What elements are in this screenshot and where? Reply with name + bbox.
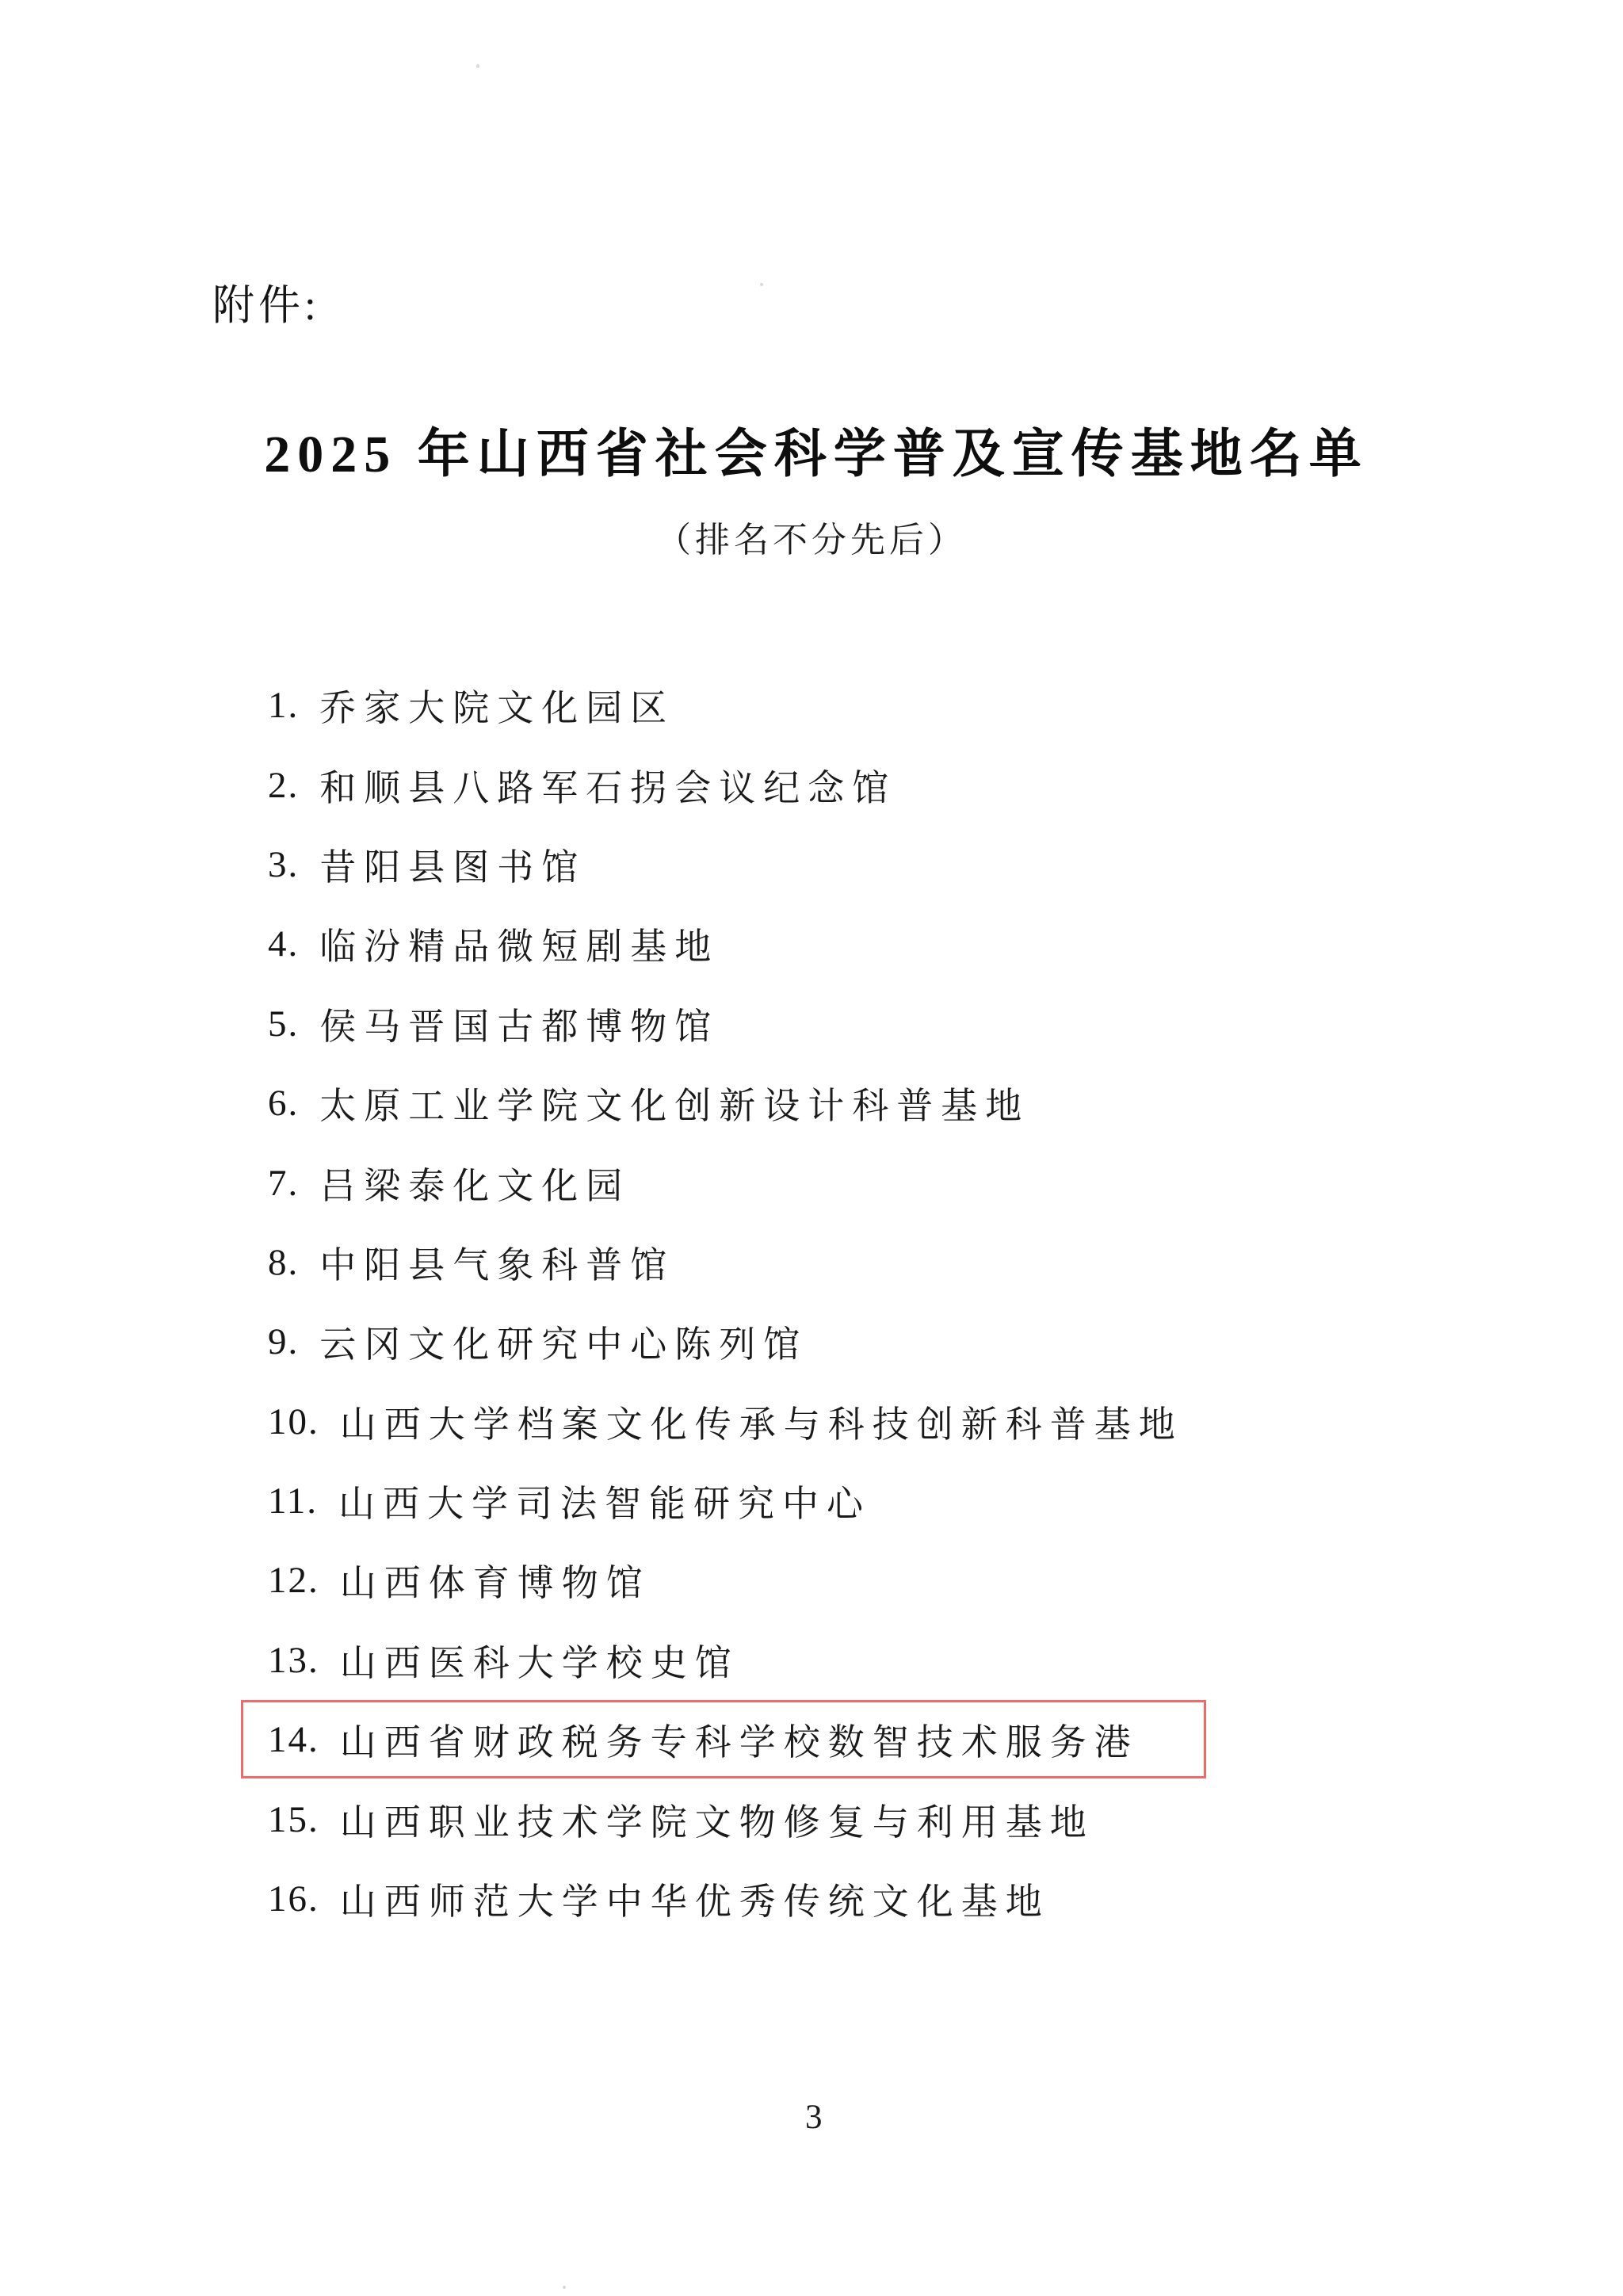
list-item: 5. 侯马晋国古都博物馆 bbox=[268, 984, 1575, 1064]
list-item-number: 8. bbox=[268, 1241, 299, 1284]
list-item: 1. 乔家大院文化园区 bbox=[268, 666, 1575, 745]
list-item-name: 山西大学司法智能研究中心 bbox=[338, 1475, 871, 1527]
list-item-name: 山西医科大学校史馆 bbox=[340, 1634, 739, 1687]
scan-speck bbox=[476, 64, 479, 68]
list-item-name: 乔家大院文化园区 bbox=[319, 679, 674, 732]
list-item-name: 山西省财政税务专科学校数智技术服务港 bbox=[340, 1713, 1139, 1766]
attachment-label: 附件: bbox=[212, 282, 320, 330]
list-item: 6. 太原工业学院文化创新设计科普基地 bbox=[268, 1064, 1575, 1143]
list-item-number: 14. bbox=[268, 1718, 319, 1761]
list-item-number: 12. bbox=[268, 1559, 319, 1602]
list-item: 9. 云冈文化研究中心陈列馆 bbox=[268, 1302, 1575, 1381]
list-item-number: 7. bbox=[268, 1162, 299, 1205]
list-item-number: 9. bbox=[268, 1320, 299, 1363]
list-item-number: 4. bbox=[268, 923, 299, 965]
scan-speck bbox=[760, 283, 763, 286]
list-item: 13. 山西医科大学校史馆 bbox=[268, 1621, 1575, 1700]
document-page: 附件: 2025 年山西省社会科学普及宣传基地名单 （排名不分先后） 1. 乔家… bbox=[0, 0, 1623, 2296]
list-item: 7. 吕梁泰化文化园 bbox=[268, 1143, 1575, 1222]
list-item-number: 15. bbox=[268, 1798, 319, 1841]
scan-speck bbox=[563, 2286, 566, 2289]
list-item-name: 山西职业技术学院文物修复与利用基地 bbox=[340, 1794, 1094, 1846]
list-item-name: 侯马晋国古都博物馆 bbox=[319, 998, 719, 1050]
list-item-number: 11. bbox=[268, 1480, 318, 1522]
list-item: 16. 山西师范大学中华优秀传统文化基地 bbox=[268, 1859, 1575, 1939]
list-item: 12. 山西体育博物馆 bbox=[268, 1541, 1575, 1620]
page-subtitle: （排名不分先后） bbox=[0, 518, 1623, 563]
list-item: 15. 山西职业技术学院文物修复与利用基地 bbox=[268, 1779, 1575, 1859]
list-item-number: 6. bbox=[268, 1082, 299, 1125]
list-item: 11. 山西大学司法智能研究中心 bbox=[268, 1461, 1575, 1541]
list-item-number: 13. bbox=[268, 1639, 319, 1682]
list-item-name: 山西师范大学中华优秀传统文化基地 bbox=[340, 1873, 1050, 1925]
page-number: 3 bbox=[805, 2099, 823, 2137]
list-item-highlighted: 14. 山西省财政税务专科学校数智技术服务港 bbox=[268, 1700, 1575, 1779]
list-item-name: 昔阳县图书馆 bbox=[319, 839, 586, 891]
list-item: 8. 中阳县气象科普馆 bbox=[268, 1223, 1575, 1302]
list-item-name: 中阳县气象科普馆 bbox=[319, 1236, 674, 1289]
page-title: 2025 年山西省社会科学普及宣传基地名单 bbox=[10, 425, 1623, 485]
list-item-name: 临汾精品微短剧基地 bbox=[319, 918, 719, 970]
list-item: 10. 山西大学档案文化传承与科技创新科普基地 bbox=[268, 1382, 1575, 1461]
list-item-number: 5. bbox=[268, 1003, 299, 1045]
list-item-number: 10. bbox=[268, 1400, 319, 1443]
list-item-name: 山西体育博物馆 bbox=[340, 1554, 651, 1606]
list-item-number: 1. bbox=[268, 684, 299, 727]
list-item-name: 云冈文化研究中心陈列馆 bbox=[319, 1316, 808, 1368]
list-item-name: 太原工业学院文化创新设计科普基地 bbox=[319, 1077, 1029, 1129]
list-item-number: 2. bbox=[268, 764, 299, 807]
list-item: 2. 和顺县八路军石拐会议纪念馆 bbox=[268, 745, 1575, 824]
list-item: 3. 昔阳县图书馆 bbox=[268, 825, 1575, 904]
list-item: 4. 临汾精品微短剧基地 bbox=[268, 904, 1575, 984]
list-item-name: 吕梁泰化文化园 bbox=[319, 1157, 630, 1209]
list-item-name: 和顺县八路军石拐会议纪念馆 bbox=[319, 759, 896, 812]
base-list: 1. 乔家大院文化园区 2. 和顺县八路军石拐会议纪念馆 3. 昔阳县图书馆 4… bbox=[268, 666, 1575, 1939]
list-item-name: 山西大学档案文化传承与科技创新科普基地 bbox=[340, 1396, 1183, 1448]
list-item-number: 3. bbox=[268, 843, 299, 886]
list-item-number: 16. bbox=[268, 1878, 319, 1920]
